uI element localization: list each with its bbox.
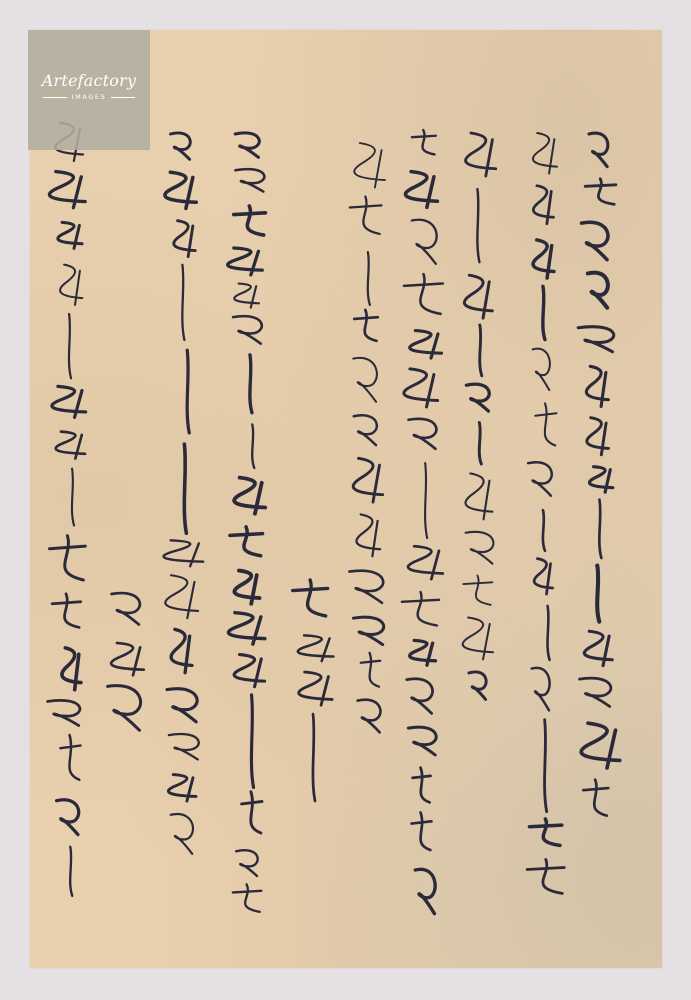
ink-stroke <box>187 350 189 433</box>
ink-stroke <box>353 358 377 402</box>
ink-stroke <box>313 714 315 801</box>
ink-stroke <box>167 689 197 722</box>
ink-stroke <box>171 629 192 672</box>
ink-stroke <box>52 594 81 628</box>
ink-stroke <box>543 286 545 339</box>
ink-stroke <box>234 655 264 687</box>
calligraphy-column <box>48 123 86 896</box>
ink-stroke <box>402 592 439 626</box>
ink-stroke <box>466 532 494 564</box>
ink-stroke <box>466 473 493 519</box>
ink-stroke <box>533 240 554 278</box>
ink-stroke <box>69 314 71 378</box>
ink-stroke <box>230 527 263 556</box>
ink-stroke <box>233 884 262 911</box>
ink-stroke <box>584 631 612 665</box>
ink-stroke <box>235 169 264 191</box>
ink-stroke <box>52 386 86 417</box>
ink-stroke <box>588 273 608 308</box>
ink-stroke <box>463 617 493 659</box>
calligraphy-column <box>402 130 443 914</box>
ink-stroke <box>533 133 557 174</box>
ink-stroke <box>165 575 198 618</box>
ink-stroke <box>404 274 443 314</box>
ink-stroke <box>350 197 382 234</box>
ink-stroke <box>354 143 385 188</box>
ink-stroke <box>581 222 607 259</box>
watermark-subtitle: IMAGES <box>72 93 107 101</box>
ink-stroke <box>169 734 199 759</box>
ink-stroke <box>585 179 616 205</box>
ink-stroke <box>234 206 266 235</box>
ink-stroke <box>299 672 332 705</box>
ink-stroke <box>354 415 377 445</box>
ink-stroke <box>354 310 378 341</box>
ink-stroke <box>233 316 262 344</box>
ink-stroke <box>589 467 612 493</box>
ink-stroke <box>60 735 80 780</box>
ink-stroke <box>174 221 195 257</box>
ink-stroke <box>349 571 383 603</box>
ink-stroke <box>368 252 370 305</box>
ink-stroke <box>182 265 184 340</box>
watermark-title: Artefactory <box>42 71 136 90</box>
ink-stroke <box>528 462 552 496</box>
ink-stroke <box>410 640 436 665</box>
ink-stroke <box>543 510 545 551</box>
ink-stroke <box>49 172 85 208</box>
ink-stroke <box>184 444 186 533</box>
ink-stroke <box>170 133 190 159</box>
ink-stroke <box>408 727 436 755</box>
ink-stroke <box>404 369 438 407</box>
ink-stroke <box>353 458 383 502</box>
ink-stroke <box>293 580 328 616</box>
ink-stroke <box>228 613 264 644</box>
ink-stroke <box>356 514 380 556</box>
ink-stroke <box>112 593 140 624</box>
ink-stroke <box>410 331 442 359</box>
watermark: Artefactory IMAGES <box>28 30 150 150</box>
ink-stroke <box>58 222 82 248</box>
ink-stroke <box>236 850 258 876</box>
ink-stroke <box>534 559 552 594</box>
ink-stroke <box>548 606 550 660</box>
ink-stroke <box>599 500 601 558</box>
ink-stroke <box>412 130 436 154</box>
ink-stroke <box>412 220 437 264</box>
ink-stroke <box>62 648 81 690</box>
ink-stroke <box>234 571 259 604</box>
ink-stroke <box>60 265 82 305</box>
ink-stroke <box>589 133 608 167</box>
ink-stroke <box>409 419 437 449</box>
ink-stroke <box>425 463 427 538</box>
ink-stroke <box>533 186 553 224</box>
ink-stroke <box>578 327 614 352</box>
ink-stroke <box>164 540 204 566</box>
ink-stroke <box>581 723 620 768</box>
ink-stroke <box>358 700 381 733</box>
calligraphy-ink <box>0 0 691 1000</box>
ink-stroke <box>532 668 550 711</box>
ink-stroke <box>412 813 432 850</box>
ink-stroke <box>583 780 608 816</box>
ink-stroke <box>234 284 259 308</box>
ink-stroke <box>251 695 253 788</box>
ink-stroke <box>168 775 196 802</box>
ink-stroke <box>165 172 196 208</box>
ink-stroke <box>597 566 599 622</box>
ink-stroke <box>353 617 383 644</box>
ink-stroke <box>361 653 380 687</box>
ink-stroke <box>587 418 609 455</box>
ink-stroke <box>580 678 611 706</box>
ink-stroke <box>235 133 259 157</box>
ink-stroke <box>477 189 479 262</box>
watermark-subtitle-row: IMAGES <box>43 93 136 101</box>
ink-stroke <box>408 546 443 579</box>
watermark-rule-left <box>43 97 67 98</box>
ink-stroke <box>57 800 79 835</box>
ink-stroke <box>242 792 262 833</box>
ink-stroke <box>479 423 481 464</box>
ink-stroke <box>234 478 265 514</box>
ink-stroke <box>463 575 492 604</box>
ink-stroke <box>250 355 252 413</box>
ink-stroke <box>529 819 561 845</box>
ink-stroke <box>72 469 74 526</box>
calligraphy-column <box>228 133 266 912</box>
ink-stroke <box>111 643 144 675</box>
ink-stroke <box>56 432 85 459</box>
ink-stroke <box>480 325 482 376</box>
ink-stroke <box>464 275 492 318</box>
ink-stroke <box>545 720 547 812</box>
ink-stroke <box>298 635 334 661</box>
ink-stroke <box>527 859 564 893</box>
calligraphy-column <box>164 133 204 854</box>
ink-stroke <box>415 869 435 913</box>
ink-stroke <box>48 700 80 725</box>
ink-stroke <box>70 847 72 896</box>
calligraphy-column <box>578 133 620 816</box>
ink-stroke <box>535 403 556 445</box>
ink-stroke <box>108 686 141 731</box>
ink-stroke <box>50 536 86 580</box>
ink-stroke <box>252 424 254 468</box>
calligraphy-column <box>293 580 334 801</box>
ink-stroke <box>466 133 496 176</box>
calligraphy-column <box>527 133 564 893</box>
ink-stroke <box>228 248 263 275</box>
calligraphy-column <box>349 143 385 732</box>
ink-stroke <box>469 672 486 699</box>
ink-stroke <box>405 172 437 208</box>
ink-stroke <box>533 349 550 390</box>
calligraphy-column <box>108 593 144 730</box>
calligraphy-column <box>463 133 496 699</box>
watermark-rule-right <box>111 97 135 98</box>
ink-stroke <box>413 768 431 803</box>
ink-stroke <box>171 814 193 854</box>
ink-stroke <box>407 679 433 714</box>
ink-stroke <box>466 384 489 411</box>
ink-stroke <box>586 366 608 406</box>
